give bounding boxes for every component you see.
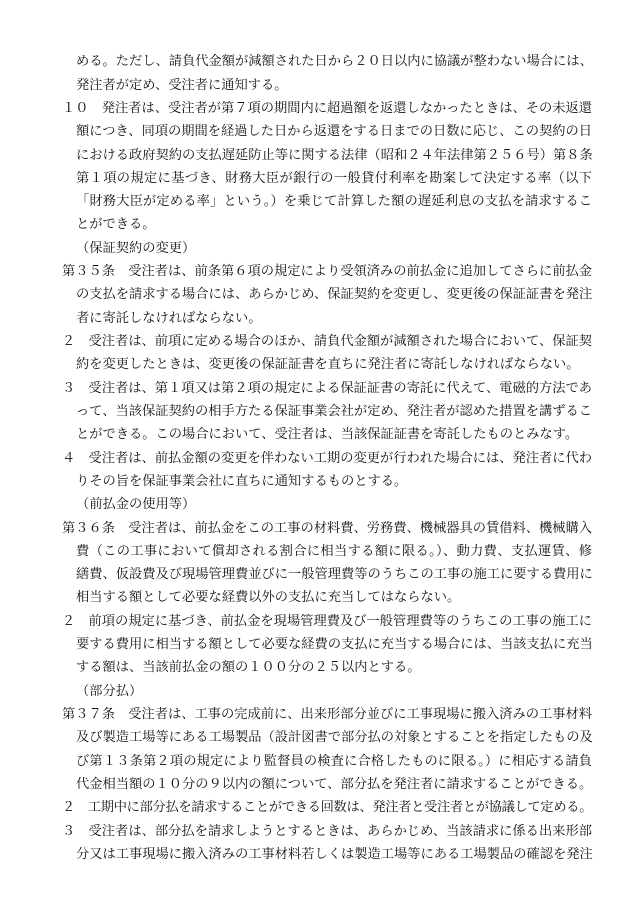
article-heading-partial-payment: （部分払） <box>76 680 592 703</box>
continuation-line: りその旨を保証事業会社に直ちに通知するものとする。 <box>76 470 592 493</box>
document-page: める。ただし、請負代金額が減額された日から２０日以内に協議が整わない場合には、 … <box>0 0 630 903</box>
continuation-line: する額は、当該前払金の額の１００分の２５以内とする。 <box>76 656 592 679</box>
continuation-line: び第１３条第２項の規定により監督員の検査に合格したものに限る。）に相応する請負 <box>76 750 592 773</box>
continuation-line: める。ただし、請負代金額が減額された日から２０日以内に協議が整わない場合には、 <box>76 50 592 73</box>
document-body: める。ただし、請負代金額が減額された日から２０日以内に協議が整わない場合には、 … <box>0 50 630 866</box>
paragraph-3-first-line: ３ 受注者は、第１項又は第２項の規定による保証証書の寄託に代えて、電磁的方法であ <box>62 377 592 400</box>
paragraph-2-first-line: ２ 工期中に部分払を請求することができる回数は、発注者と受注者とが協議して定める… <box>62 796 592 819</box>
article-heading-advance-use: （前払金の使用等） <box>76 493 592 516</box>
continuation-line: って、当該保証契約の相手方たる保証事業会社が定め、発注者が認めた措置を講ずるこ <box>76 400 592 423</box>
continuation-line: 費（この工事において償却される割合に相当する額に限る。）、動力費、支払運賃、修 <box>76 540 592 563</box>
continuation-line: 分又は工事現場に搬入済みの工事材料若しくは製造工場等にある工場製品の確認を発注 <box>76 843 592 866</box>
continuation-line: とができる。 <box>76 213 592 236</box>
article-36-first-line: 第３６条 受注者は、前払金をこの工事の材料費、労務費、機械器具の賃借料、機械購入 <box>62 517 592 540</box>
continuation-line: 代金相当額の１０分の９以内の額について、部分払を発注者に請求することができる。 <box>76 773 592 796</box>
continuation-line: とができる。この場合において、受注者は、当該保証証書を寄託したものとみなす。 <box>76 423 592 446</box>
continuation-line: 約を変更したときは、変更後の保証証書を直ちに発注者に寄託しなければならない。 <box>76 353 592 376</box>
continuation-line: 発注者が定め、受注者に通知する。 <box>76 74 592 97</box>
paragraph-4-first-line: ４ 受注者は、前払金額の変更を伴わない工期の変更が行われた場合には、発注者に代わ <box>62 447 592 470</box>
continuation-line: 繕費、仮設費及び現場管理費並びに一般管理費等のうちこの工事の施工に要する費用に <box>76 563 592 586</box>
continuation-line: 者に寄託しなければならない。 <box>76 307 592 330</box>
paragraph-2-first-line: ２ 前項の規定に基づき、前払金を現場管理費及び一般管理費等のうちこの工事の施工に <box>62 610 592 633</box>
continuation-line: 額につき、同項の期間を経過した日から返還をする日までの日数に応じ、この契約の日 <box>76 120 592 143</box>
article-35-first-line: 第３５条 受注者は、前条第６項の規定により受領済みの前払金に追加してさらに前払金 <box>62 260 592 283</box>
continuation-line: の支払を請求する場合には、あらかじめ、保証契約を変更し、変更後の保証証書を発注 <box>76 283 592 306</box>
continuation-line: 「財務大臣が定める率」という。）を乗じて計算した額の遅延利息の支払を請求するこ <box>76 190 592 213</box>
article-heading-guarantee-change: （保証契約の変更） <box>76 237 592 260</box>
continuation-line: 要する費用に相当する額として必要な経費の支払に充当する場合には、当該支払に充当 <box>76 633 592 656</box>
paragraph-2-first-line: ２ 受注者は、前項に定める場合のほか、請負代金額が減額された場合において、保証契 <box>62 330 592 353</box>
continuation-line: 第１項の規定に基づき、財務大臣が銀行の一般貸付利率を勘案して決定する率（以下 <box>76 167 592 190</box>
continuation-line: における政府契約の支払遅延防止等に関する法律（昭和２４年法律第２５６号）第８条 <box>76 144 592 167</box>
continuation-line: 及び製造工場等にある工場製品（設計図書で部分払の対象とすることを指定したもの及 <box>76 726 592 749</box>
continuation-line: 相当する額として必要な経費以外の支払に充当してはならない。 <box>76 586 592 609</box>
article-37-first-line: 第３７条 受注者は、工事の完成前に、出来形部分並びに工事現場に搬入済みの工事材料 <box>62 703 592 726</box>
paragraph-3-first-line: ３ 受注者は、部分払を請求しようとするときは、あらかじめ、当該請求に係る出来形部 <box>62 820 592 843</box>
paragraph-10-first-line: １０ 発注者は、受注者が第７項の期間内に超過額を返還しなかったときは、その未返還 <box>62 97 592 120</box>
